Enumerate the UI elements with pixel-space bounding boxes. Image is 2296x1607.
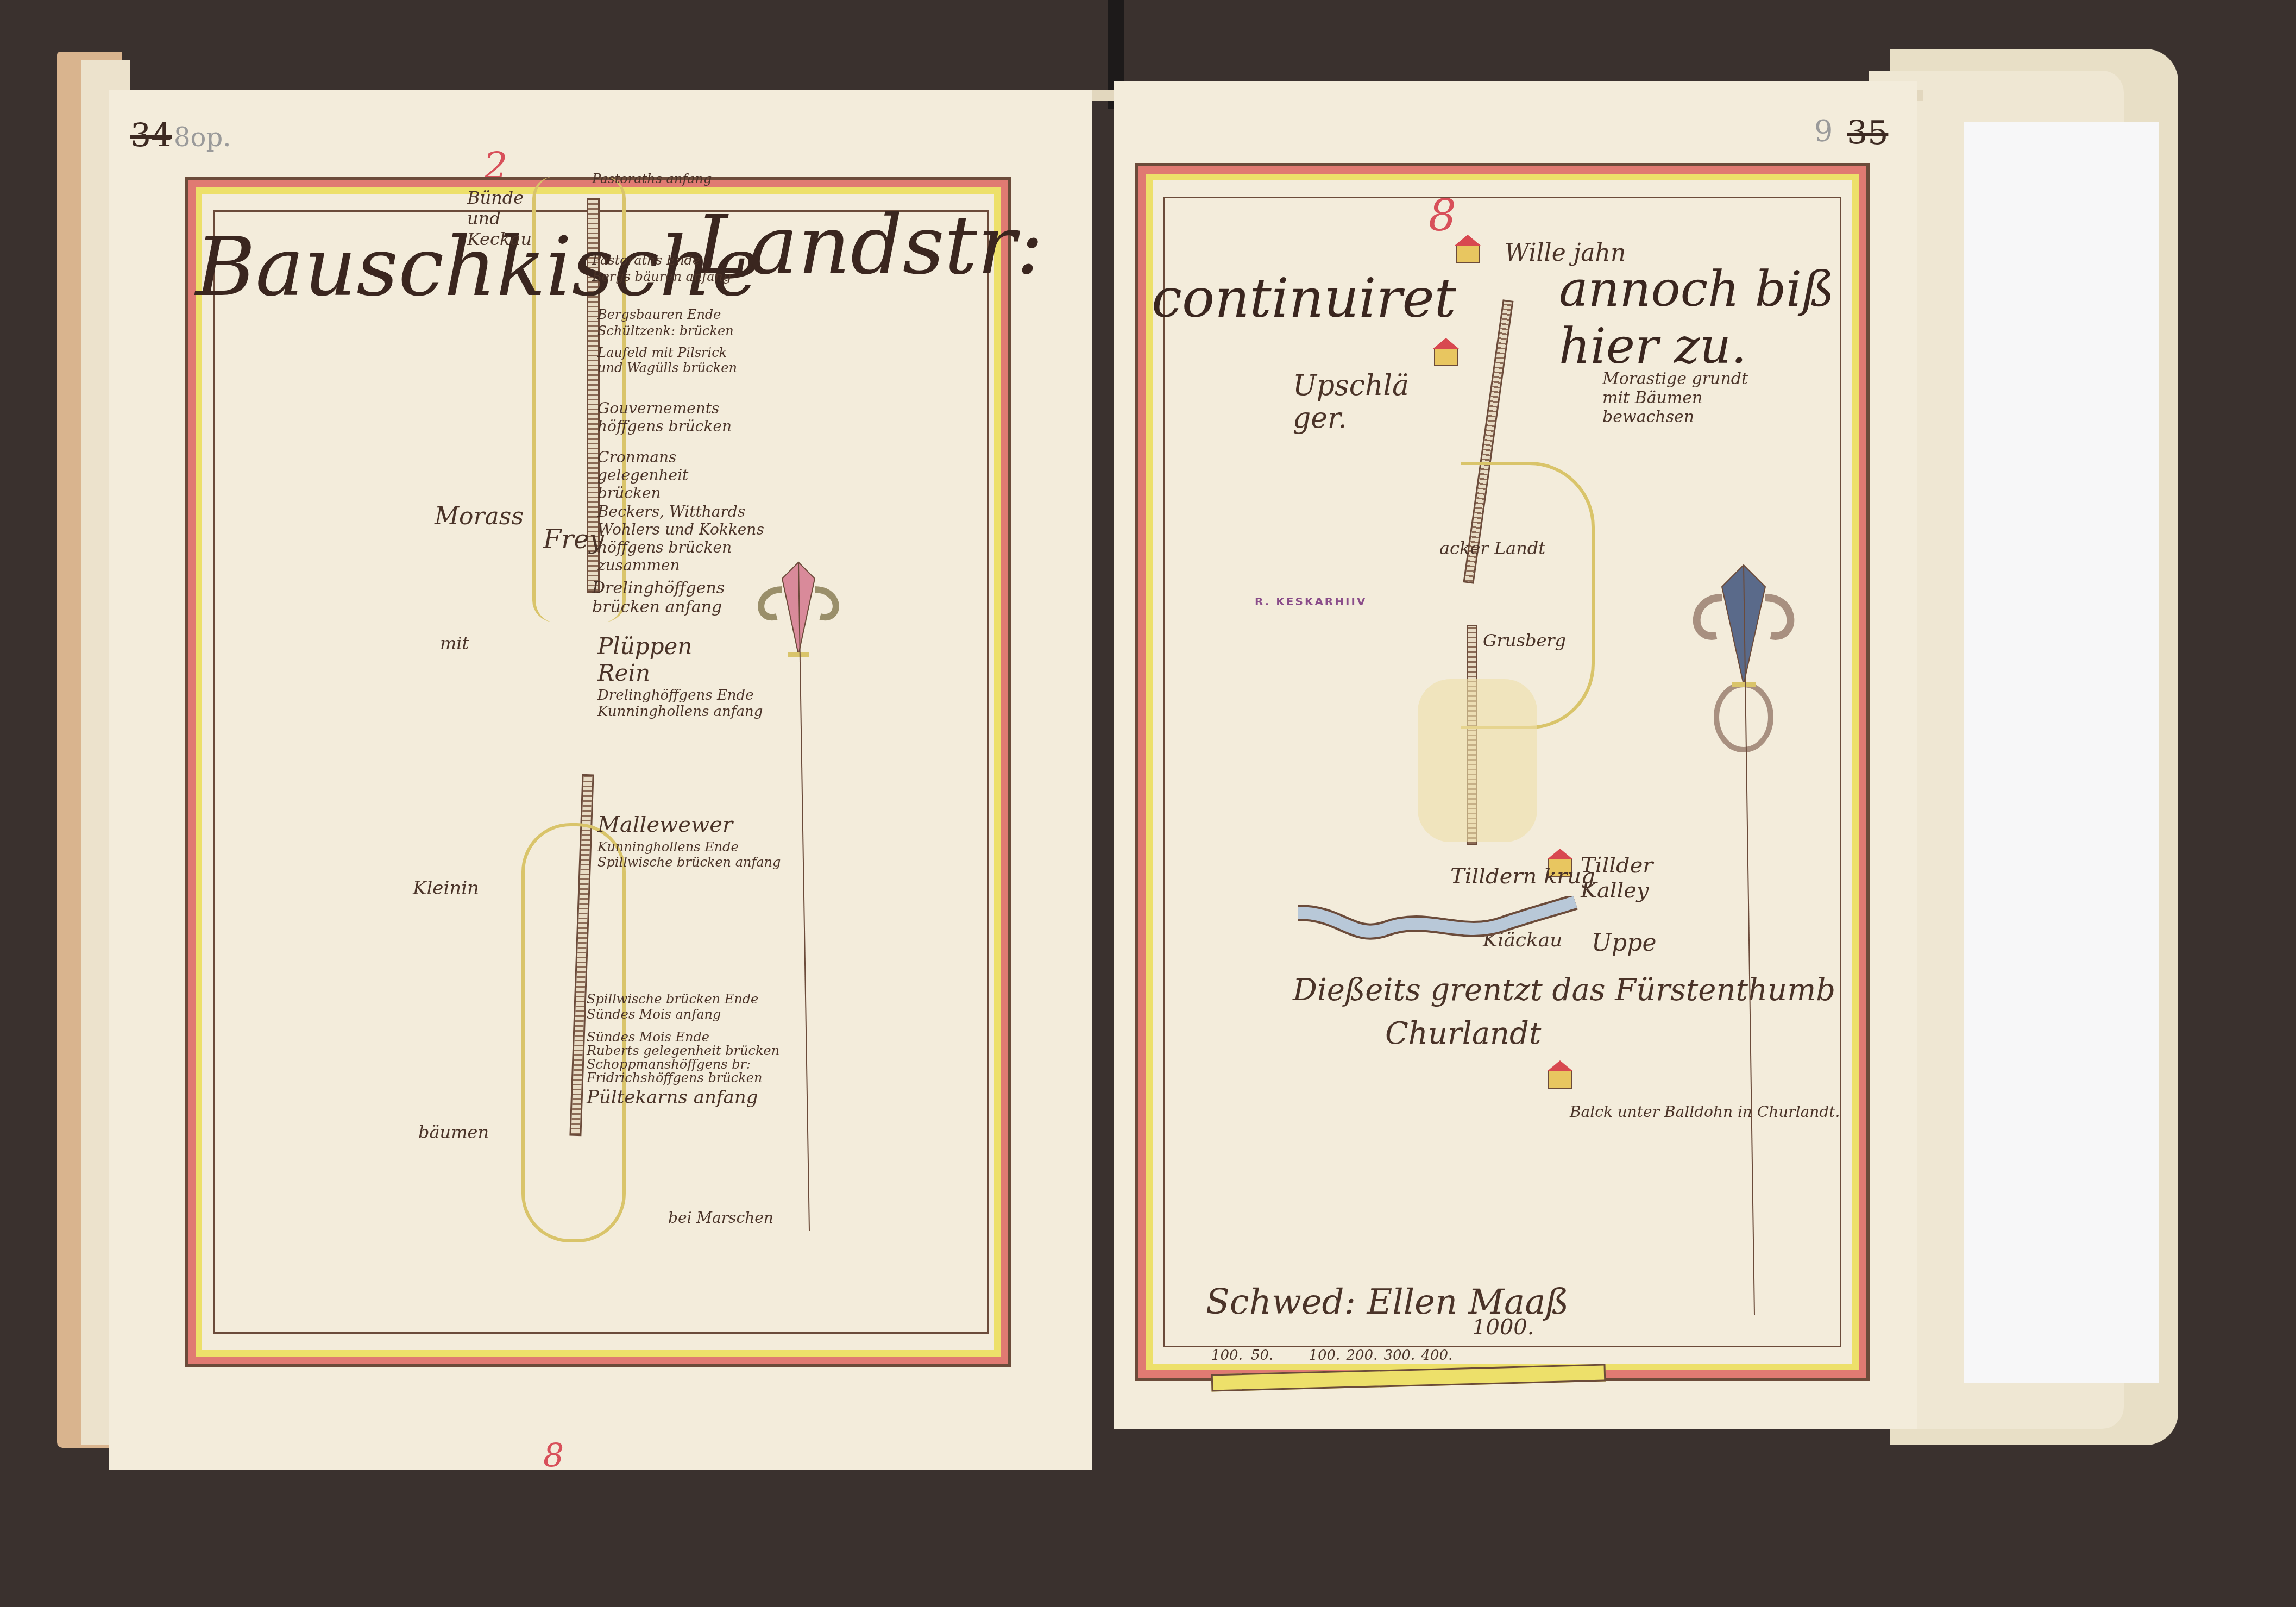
scale-ticks: 100. 50. 100. 200. 300. 400. <box>1211 1347 1592 1364</box>
map-label: mit <box>440 633 469 654</box>
map-label: Frey <box>543 524 604 555</box>
map-label: Laufeld mit Pilsrick und Wagülls brücken <box>597 345 739 375</box>
scale-tick: 300. <box>1383 1347 1415 1364</box>
map-label: Cronmans gelegenheit brücken <box>597 448 750 502</box>
sand-area <box>1418 679 1537 842</box>
map-label: Grusberg <box>1483 630 1566 651</box>
map-label: Schültzenk: brücken <box>597 323 734 338</box>
map-label: bäumen <box>418 1122 489 1143</box>
right-title-part2: annoch biß hier zu. <box>1559 261 1917 375</box>
map-label: Kleinin <box>413 877 479 899</box>
map-label: Uppe <box>1592 929 1656 957</box>
scale-tick: 200. <box>1346 1347 1377 1364</box>
map-label: Plüppen Rein <box>597 633 684 686</box>
map-label: Tilldern krug <box>1450 864 1595 889</box>
river-icon <box>1298 896 1581 951</box>
map-label: Mallewewer <box>597 812 733 837</box>
compass-rose-icon <box>755 557 842 1236</box>
map-label: Tillder Kalley <box>1581 853 1668 903</box>
map-label: Bergsbauren Ende <box>597 307 721 322</box>
map-label: Fridrichshöffgens brücken <box>587 1070 762 1085</box>
house-icon <box>1548 1070 1572 1089</box>
map-label: Morastige grundt mit Bäumen bewachsen <box>1602 369 1765 426</box>
border-text-line2: Churlandt <box>1385 1016 1541 1051</box>
map-label: Drelinghöffgens brücken anfang <box>592 579 733 617</box>
map-label: Wille jahn <box>1505 239 1626 267</box>
map-label: Pastoraths anfang <box>592 171 712 186</box>
map-label: Upschlä ger. <box>1293 369 1391 435</box>
house-icon <box>1456 244 1480 263</box>
compass-rose-icon <box>1689 560 1798 1320</box>
map-label: Sündes Mois Ende <box>587 1030 709 1045</box>
scale-end-label: 1000. <box>1472 1315 1534 1340</box>
right-pencil-note: 9 <box>1814 114 1833 148</box>
map-label: Spillwische brücken Ende Sündes Mois anf… <box>587 991 782 1022</box>
map-label: acker Landt <box>1439 538 1545 558</box>
map-label: Gouvernements höffgens brücken <box>597 399 750 435</box>
right-page: 9 35 8 continuiret annoch biß hier zu. R… <box>1114 81 1917 1429</box>
map-label: Ruberts gelegenheit brücken <box>587 1043 779 1058</box>
map-label: Pültekarns anfang <box>587 1087 758 1108</box>
left-pencil-note: 8op. <box>174 122 231 153</box>
archive-stamp: R. KESKARHIIV <box>1255 595 1367 608</box>
scale-tick: 400. <box>1421 1347 1452 1364</box>
right-page-number: 35 <box>1847 114 1888 152</box>
blank-insert-sheet <box>1964 122 2159 1383</box>
map-label: Bergs bäuren anfang <box>592 269 731 284</box>
sheet-marker-bottom: 8 <box>543 1437 564 1475</box>
left-title-part2: Landstr: <box>695 198 1043 293</box>
house-icon <box>1434 348 1458 366</box>
scale-tick: 100. <box>1309 1347 1340 1364</box>
sheet-marker-top: 8 <box>1429 190 1456 241</box>
left-page-number: 34 <box>130 117 172 155</box>
map-label: Pastoraths Ende <box>592 253 700 268</box>
scale-tick: 100. <box>1211 1347 1243 1364</box>
right-title-part1: continuiret <box>1152 266 1456 330</box>
map-label: Morass <box>435 503 524 530</box>
map-label: Bünde und Keckau <box>467 187 554 249</box>
scale-tick: 50. <box>1251 1347 1273 1364</box>
map-label: Schoppmanshöffgens br: <box>587 1057 751 1072</box>
left-page: 34 8op. 2 Bauschkische Landstr: Pastorat… <box>109 90 1092 1470</box>
